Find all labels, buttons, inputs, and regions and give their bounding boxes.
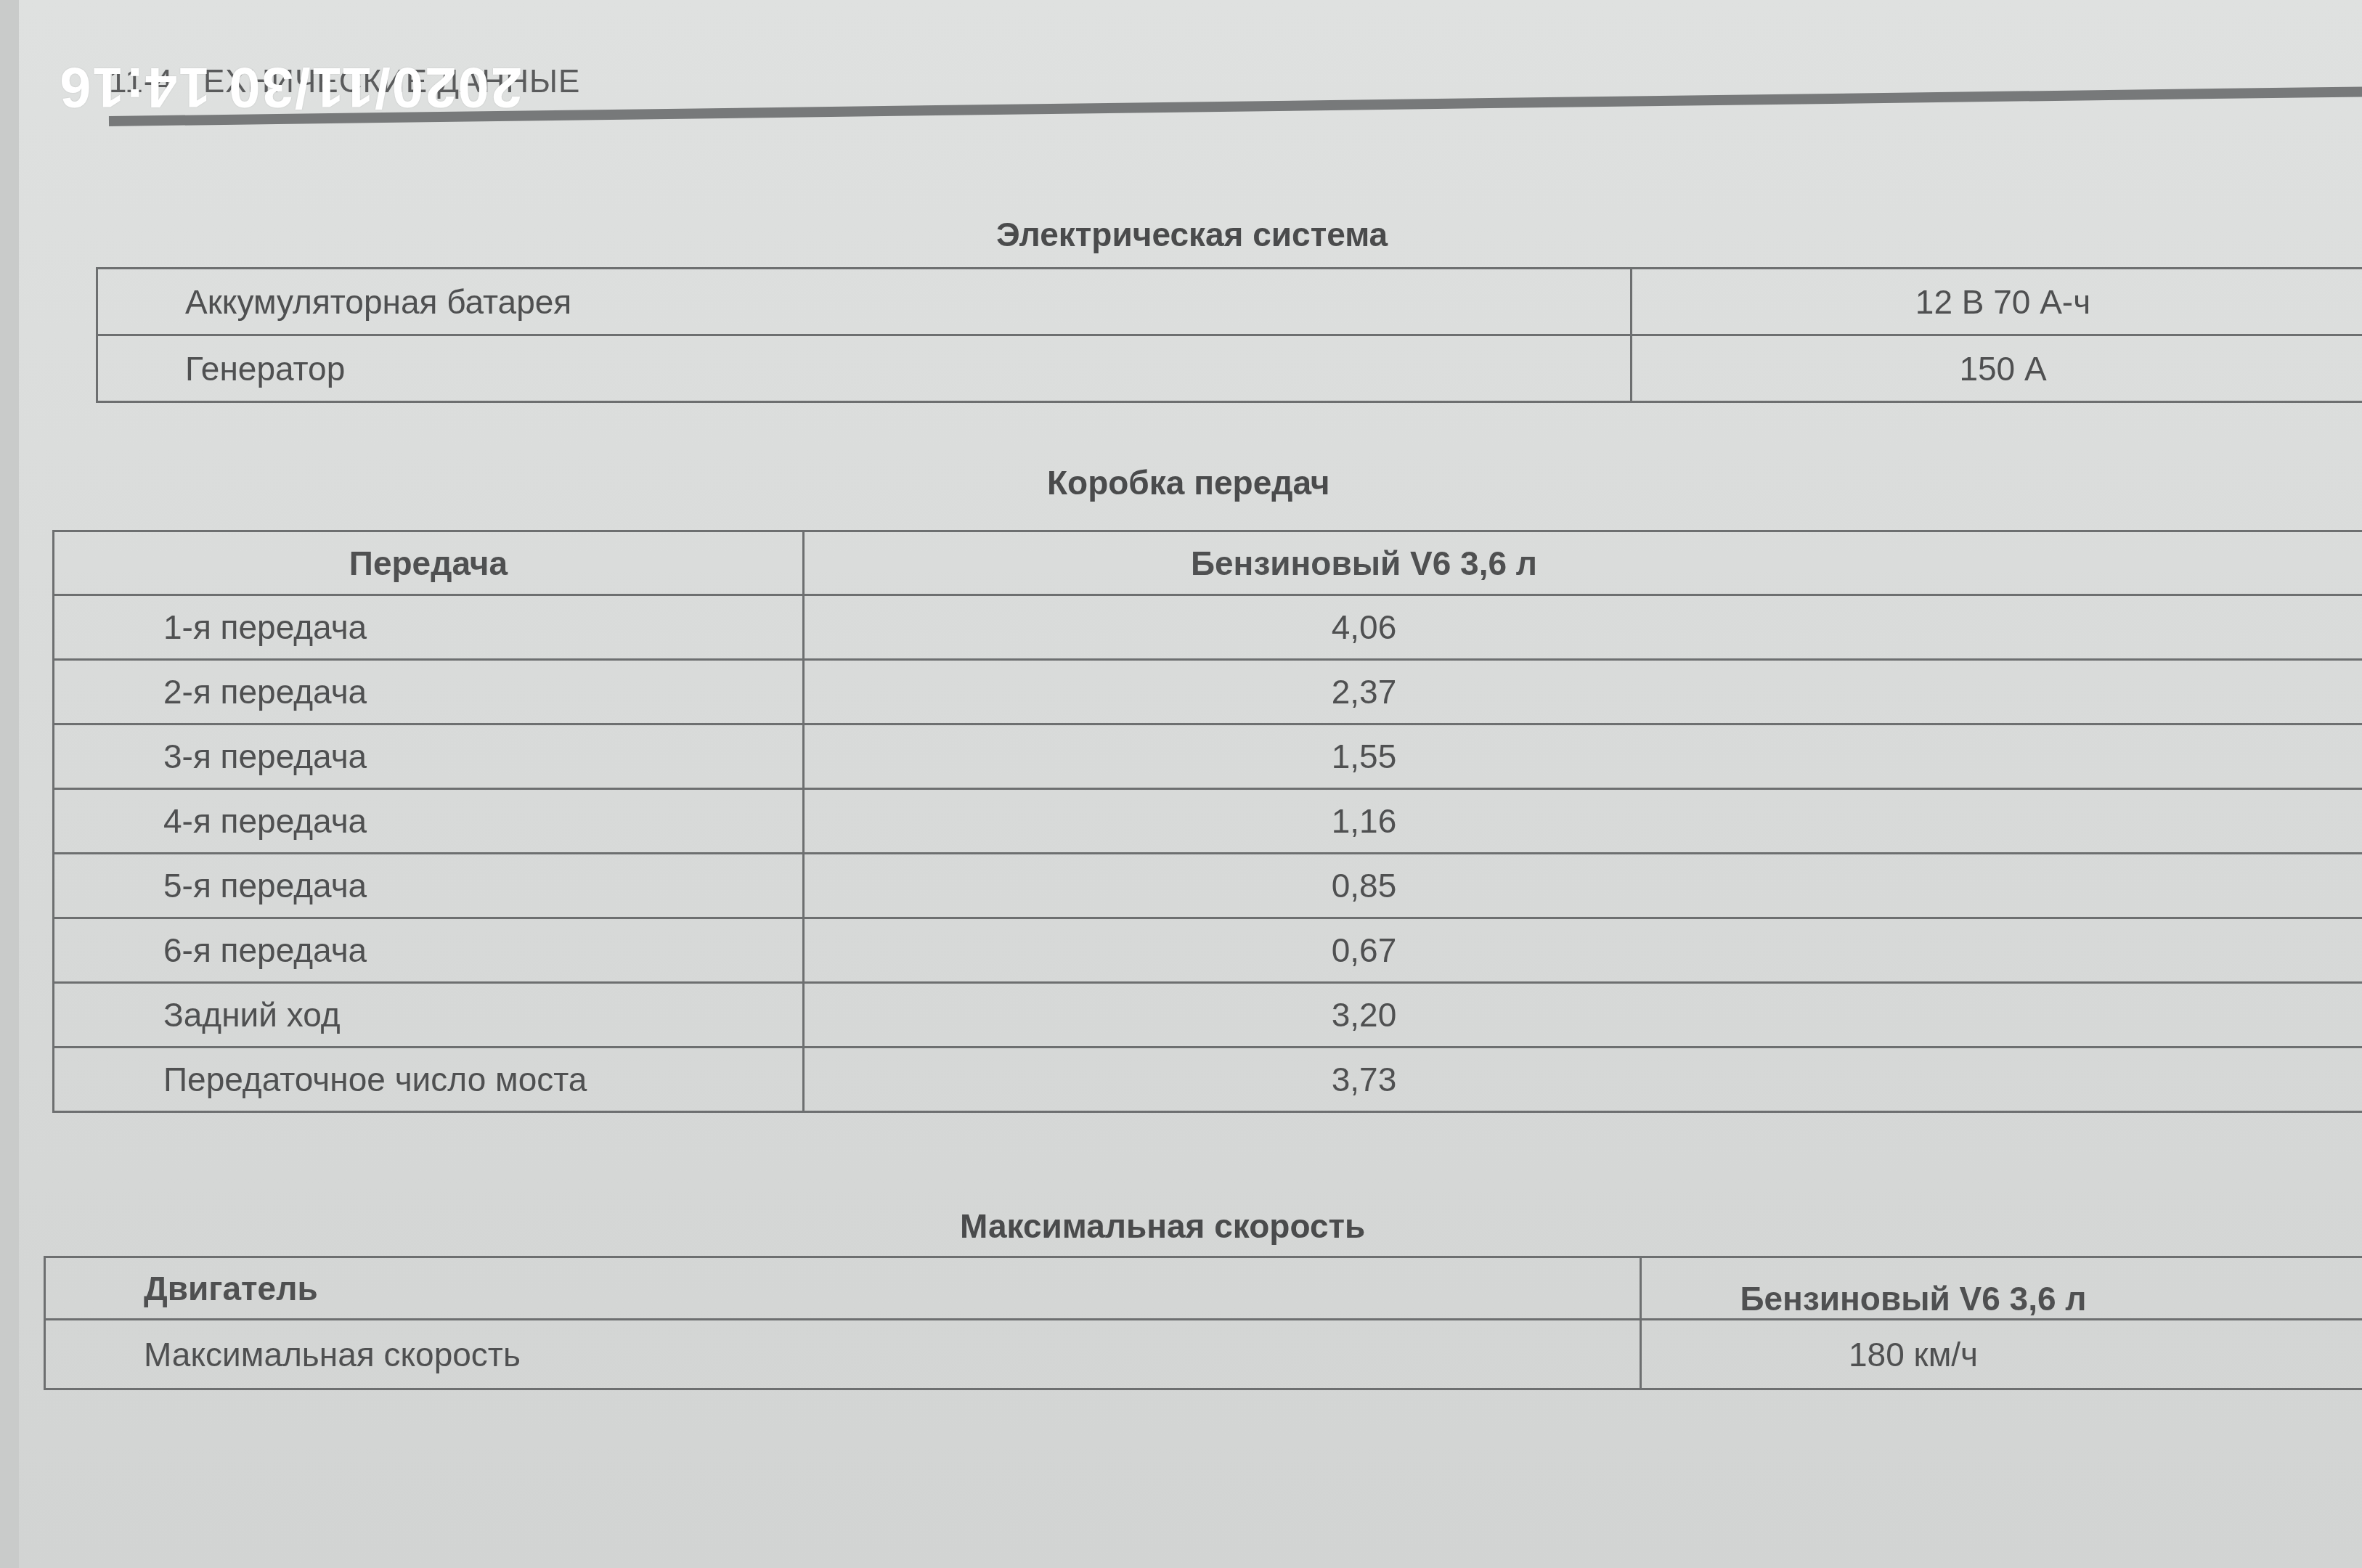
gearbox-table: Передача Бензиновый V6 3,6 л 1-я передач… — [52, 530, 2362, 1113]
gear-label: 5-я передача — [54, 854, 804, 918]
battery-value: 12 В 70 А-ч — [1632, 269, 2362, 335]
gear-ratio-value: 3,20 — [804, 983, 2362, 1048]
gear-label: Задний ход — [54, 983, 804, 1048]
max-speed-section-title: Максимальная скорость — [960, 1206, 1365, 1246]
table-row: Аккумуляторная батарея 12 В 70 А-ч — [97, 269, 2362, 335]
table-row: Двигатель Бензиновый V6 3,6 л — [45, 1257, 2362, 1320]
table-row: Передаточное число моста3,73 — [54, 1048, 2362, 1112]
gear-ratio-value: 4,06 — [804, 595, 2362, 660]
generator-value: 150 А — [1632, 335, 2362, 402]
electrical-section-title: Электрическая система — [996, 215, 1388, 254]
engine-value: Бензиновый V6 3,6 л — [1641, 1257, 2362, 1320]
gear-label: 2-я передача — [54, 660, 804, 724]
table-row: 4-я передача1,16 — [54, 789, 2362, 854]
gear-column-header: Передача — [54, 531, 804, 595]
gear-ratio-value: 1,55 — [804, 724, 2362, 789]
gear-label: 1-я передача — [54, 595, 804, 660]
table-header-row: Передача Бензиновый V6 3,6 л — [54, 531, 2362, 595]
gear-label: 4-я передача — [54, 789, 804, 854]
electrical-table: Аккумуляторная батарея 12 В 70 А-ч Генер… — [96, 267, 2362, 403]
table-row: Задний ход3,20 — [54, 983, 2362, 1048]
generator-label: Генератор — [97, 335, 1632, 402]
max-speed-label: Максимальная скорость — [45, 1320, 1641, 1389]
table-row: 6-я передача0,67 — [54, 918, 2362, 983]
max-speed-table: Двигатель Бензиновый V6 3,6 л Максимальн… — [44, 1256, 2362, 1390]
table-row: 1-я передача4,06 — [54, 595, 2362, 660]
table-row: 5-я передача0,85 — [54, 854, 2362, 918]
max-speed-value: 180 км/ч — [1641, 1320, 2362, 1389]
table-row: Генератор 150 А — [97, 335, 2362, 402]
engine-label: Двигатель — [45, 1257, 1641, 1320]
photo-timestamp: 2020/11/30 14:16 — [58, 54, 522, 121]
engine-column-header: Бензиновый V6 3,6 л — [804, 531, 2362, 595]
gear-ratio-value: 0,85 — [804, 854, 2362, 918]
table-row: 2-я передача2,37 — [54, 660, 2362, 724]
gear-label: Передаточное число моста — [54, 1048, 804, 1112]
battery-label: Аккумуляторная батарея — [97, 269, 1632, 335]
gearbox-section-title: Коробка передач — [1047, 463, 1330, 502]
gear-ratio-value: 1,16 — [804, 789, 2362, 854]
gear-ratio-value: 2,37 — [804, 660, 2362, 724]
table-row: Максимальная скорость 180 км/ч — [45, 1320, 2362, 1389]
gear-ratio-value: 3,73 — [804, 1048, 2362, 1112]
gear-label: 3-я передача — [54, 724, 804, 789]
page-edge — [0, 0, 19, 1568]
table-row: 3-я передача1,55 — [54, 724, 2362, 789]
gear-label: 6-я передача — [54, 918, 804, 983]
gear-ratio-value: 0,67 — [804, 918, 2362, 983]
